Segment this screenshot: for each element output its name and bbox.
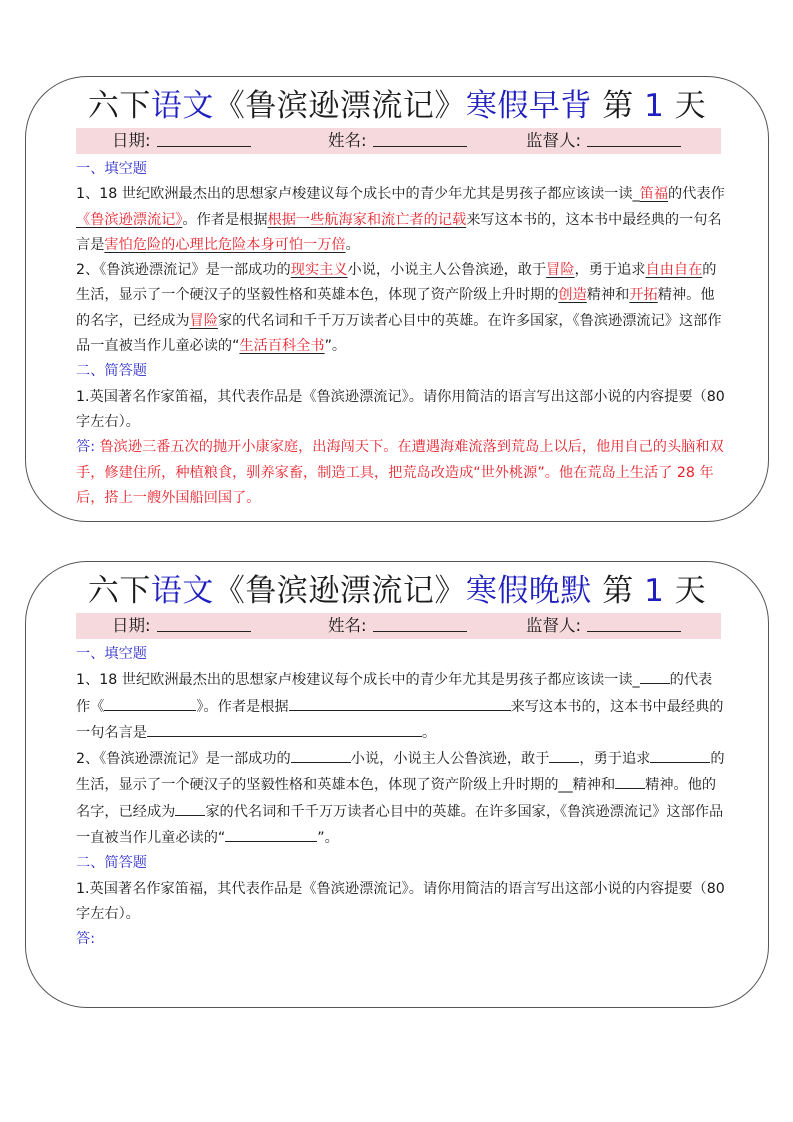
title-mode: 寒假晚默 — [466, 573, 592, 609]
blank-pursue[interactable] — [650, 746, 710, 763]
blank-synonym[interactable] — [175, 799, 205, 816]
morning-recite-card: 六下语文《鲁滨逊漂流记》寒假早背 第 1 天 日期: 姓名: 监督人: 一、填空… — [25, 76, 769, 522]
short-answer[interactable]: 答: — [76, 927, 726, 952]
title-day-suffix: 天 — [675, 88, 707, 124]
question-1: 1、18 世纪欧洲最杰出的思想家卢梭建议每个成长中的青少年尤其是男孩子都应该读一… — [76, 182, 726, 258]
answer-label: 答: — [76, 931, 95, 947]
name-label: 姓名: — [328, 616, 367, 635]
title-day-number: 1 — [644, 88, 664, 124]
name-field[interactable]: 姓名: — [328, 613, 467, 639]
q-text: 1、18 世纪欧洲最杰出的思想家卢梭建议每个成长中的青少年尤其是男孩子都应该读一… — [76, 186, 640, 202]
q-text: 来写这本书的， — [511, 699, 610, 715]
title-book: 《鲁滨逊漂流记》 — [214, 88, 466, 124]
answer-fill: 笛福 — [640, 186, 668, 202]
info-band: 日期: 姓名: 监督人: — [76, 613, 721, 639]
answer-fill: 冒险 — [190, 313, 218, 329]
title-day-suffix: 天 — [675, 573, 707, 609]
q-text: 精神和 — [573, 777, 616, 793]
answer-label: 答: — [76, 439, 95, 455]
date-label: 日期: — [112, 616, 151, 635]
title-subject: 语文 — [151, 573, 214, 609]
q-text: 小说，小说主人公鲁滨逊，敢于 — [351, 751, 550, 767]
blank-work[interactable] — [104, 694, 196, 711]
title-subject: 语文 — [151, 88, 214, 124]
q-text: 的代表作 — [668, 186, 725, 202]
q-text: 。 — [422, 725, 436, 741]
q-text: 》。作者是根据 — [196, 699, 288, 715]
answer-fill: 生活百科全书 — [239, 338, 324, 354]
title-day-prefix: 第 — [602, 573, 634, 609]
blank-quote[interactable] — [147, 720, 422, 737]
section-heading-fill-blank: 一、填空题 — [76, 157, 726, 182]
q-text: 小说，小说主人公鲁滨逊，敢于 — [348, 262, 547, 278]
date-blank[interactable] — [157, 128, 251, 147]
date-field[interactable]: 日期: — [112, 613, 251, 639]
q-text: 2、《鲁滨逊漂流记》是一部成功的 — [76, 262, 291, 278]
date-label: 日期: — [112, 131, 151, 150]
card-title: 六下语文《鲁滨逊漂流记》寒假晚默 第 1 天 — [26, 568, 768, 614]
card-body: 一、填空题 1、18 世纪欧洲最杰出的思想家卢梭建议每个成长中的青少年尤其是男孩… — [76, 642, 726, 953]
supervisor-label: 监督人: — [526, 616, 581, 635]
q-text: ”。 — [317, 830, 339, 846]
date-blank[interactable] — [157, 613, 251, 632]
short-answer: 答: 鲁滨逊三番五次的抛开小康家庭，出海闯天下。在遭遇海难流落到荒岛上以后，他用… — [76, 435, 726, 511]
q-text: 2、《鲁滨逊漂流记》是一部成功的 — [76, 751, 291, 767]
title-mode: 寒假早背 — [466, 88, 592, 124]
blank-spirit[interactable] — [615, 772, 645, 789]
q-text: 精神和 — [587, 287, 630, 303]
supervisor-blank[interactable] — [587, 128, 681, 147]
supervisor-blank[interactable] — [587, 613, 681, 632]
question-1: 1、18 世纪欧洲最杰出的思想家卢梭建议每个成长中的青少年尤其是男孩子都应该读一… — [76, 667, 726, 746]
blank-source[interactable] — [289, 694, 511, 711]
blank-author[interactable] — [640, 667, 670, 684]
supervisor-field[interactable]: 监督人: — [526, 613, 681, 639]
card-body: 一、填空题 1、18 世纪欧洲最杰出的思想家卢梭建议每个成长中的青少年尤其是男孩… — [76, 157, 726, 511]
title-book: 《鲁滨逊漂流记》 — [214, 573, 466, 609]
name-blank[interactable] — [373, 613, 467, 632]
question-2: 2、《鲁滨逊漂流记》是一部成功的现实主义小说，小说主人公鲁滨逊，敢于冒险，勇于追… — [76, 258, 726, 359]
answer-fill: 现实主义 — [291, 262, 348, 278]
question-2: 2、《鲁滨逊漂流记》是一部成功的小说，小说主人公鲁滨逊，敢于，勇于追求的生活，显… — [76, 746, 726, 851]
supervisor-label: 监督人: — [526, 131, 581, 150]
answer-fill: 自由自在 — [646, 262, 703, 278]
answer-fill: 开拓 — [629, 287, 657, 303]
title-day-number: 1 — [644, 573, 664, 609]
blank-encyclopedia[interactable] — [225, 825, 317, 842]
section-heading-short-answer: 二、简答题 — [76, 851, 726, 876]
blank-dare[interactable] — [549, 746, 579, 763]
q-text: ”。 — [325, 338, 347, 354]
answer-text: 鲁滨逊三番五次的抛开小康家庭，出海闯天下。在遭遇海难流落到荒岛上以后，他用自己的… — [76, 439, 724, 506]
title-day-prefix: 第 — [602, 88, 634, 124]
q-text: 。作者是根据 — [182, 212, 267, 228]
section-heading-fill-blank: 一、填空题 — [76, 642, 726, 667]
card-title: 六下语文《鲁滨逊漂流记》寒假早背 第 1 天 — [26, 83, 768, 129]
q-text: ，勇于追求 — [579, 751, 650, 767]
q-text: ，勇于追求 — [575, 262, 646, 278]
answer-fill: 创造 — [558, 287, 586, 303]
answer-fill: 害怕危险的心理比危险本身可怕一万倍 — [104, 237, 345, 253]
name-field[interactable]: 姓名: — [328, 128, 467, 154]
name-blank[interactable] — [373, 128, 467, 147]
info-band: 日期: 姓名: 监督人: — [76, 128, 721, 154]
name-label: 姓名: — [328, 131, 367, 150]
blank-genre[interactable] — [291, 746, 351, 763]
short-question-1: 1.英国著名作家笛福，其代表作品是《鲁滨逊漂流记》。请你用简洁的语言写出这部小说… — [76, 385, 726, 436]
q-text: 1、18 世纪欧洲最杰出的思想家卢梭建议每个成长中的青少年尤其是男孩子都应该读一… — [76, 672, 640, 688]
supervisor-field[interactable]: 监督人: — [526, 128, 681, 154]
evening-dictation-card: 六下语文《鲁滨逊漂流记》寒假晚默 第 1 天 日期: 姓名: 监督人: 一、填空… — [25, 561, 769, 1008]
section-heading-short-answer: 二、简答题 — [76, 359, 726, 384]
short-question-1: 1.英国著名作家笛福，其代表作品是《鲁滨逊漂流记》。请你用简洁的语言写出这部小说… — [76, 877, 726, 928]
date-field[interactable]: 日期: — [112, 128, 251, 154]
title-grade: 六下 — [88, 573, 151, 609]
answer-fill: 冒险 — [546, 262, 574, 278]
title-grade: 六下 — [88, 88, 151, 124]
answer-fill: 《鲁滨逊漂流记》 — [76, 212, 182, 228]
answer-fill: 根据一些航海家和流亡者的记载 — [268, 212, 467, 228]
q-text: 。 — [346, 237, 360, 253]
